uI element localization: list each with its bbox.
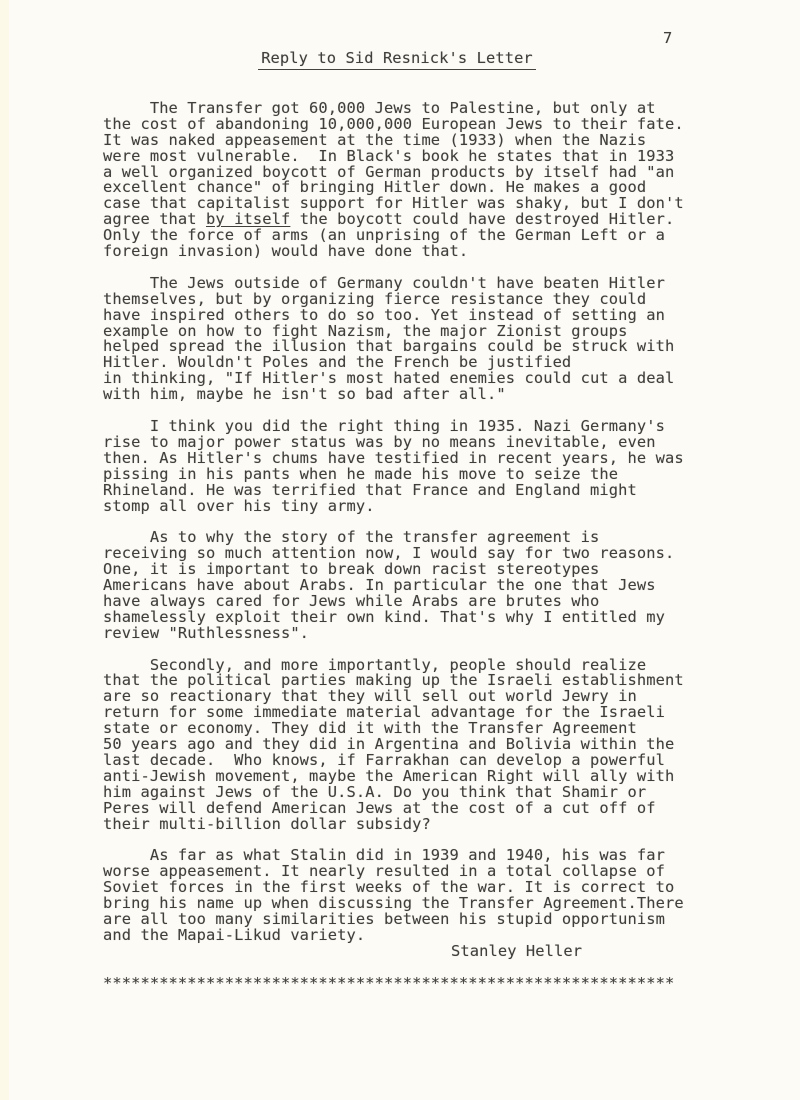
page-number: 7 [663,31,672,47]
paragraph-1: The Transfer got 60,000 Jews to Palestin… [103,101,800,260]
paragraph-6: As far as what Stalin did in 1939 and 19… [103,848,800,943]
letter-body: The Transfer got 60,000 Jews to Palestin… [103,101,800,992]
paragraph-2: The Jews outside of Germany couldn't hav… [103,276,800,403]
asterisk-divider: ****************************************… [103,976,800,992]
paragraph-1-text-before: The Transfer got 60,000 Jews to Palestin… [103,99,684,228]
document-page: 7 Reply to Sid Resnick's Letter The Tran… [0,0,800,1100]
signature: Stanley Heller [451,944,800,960]
document-title: Reply to Sid Resnick's Letter [258,51,536,70]
scan-edge-tint [0,0,9,1100]
paragraph-5: Secondly, and more importantly, people s… [103,658,800,833]
paragraph-3: I think you did the right thing in 1935.… [103,419,800,514]
paragraph-4: As to why the story of the transfer agre… [103,530,800,641]
title-row: Reply to Sid Resnick's Letter [103,0,691,70]
